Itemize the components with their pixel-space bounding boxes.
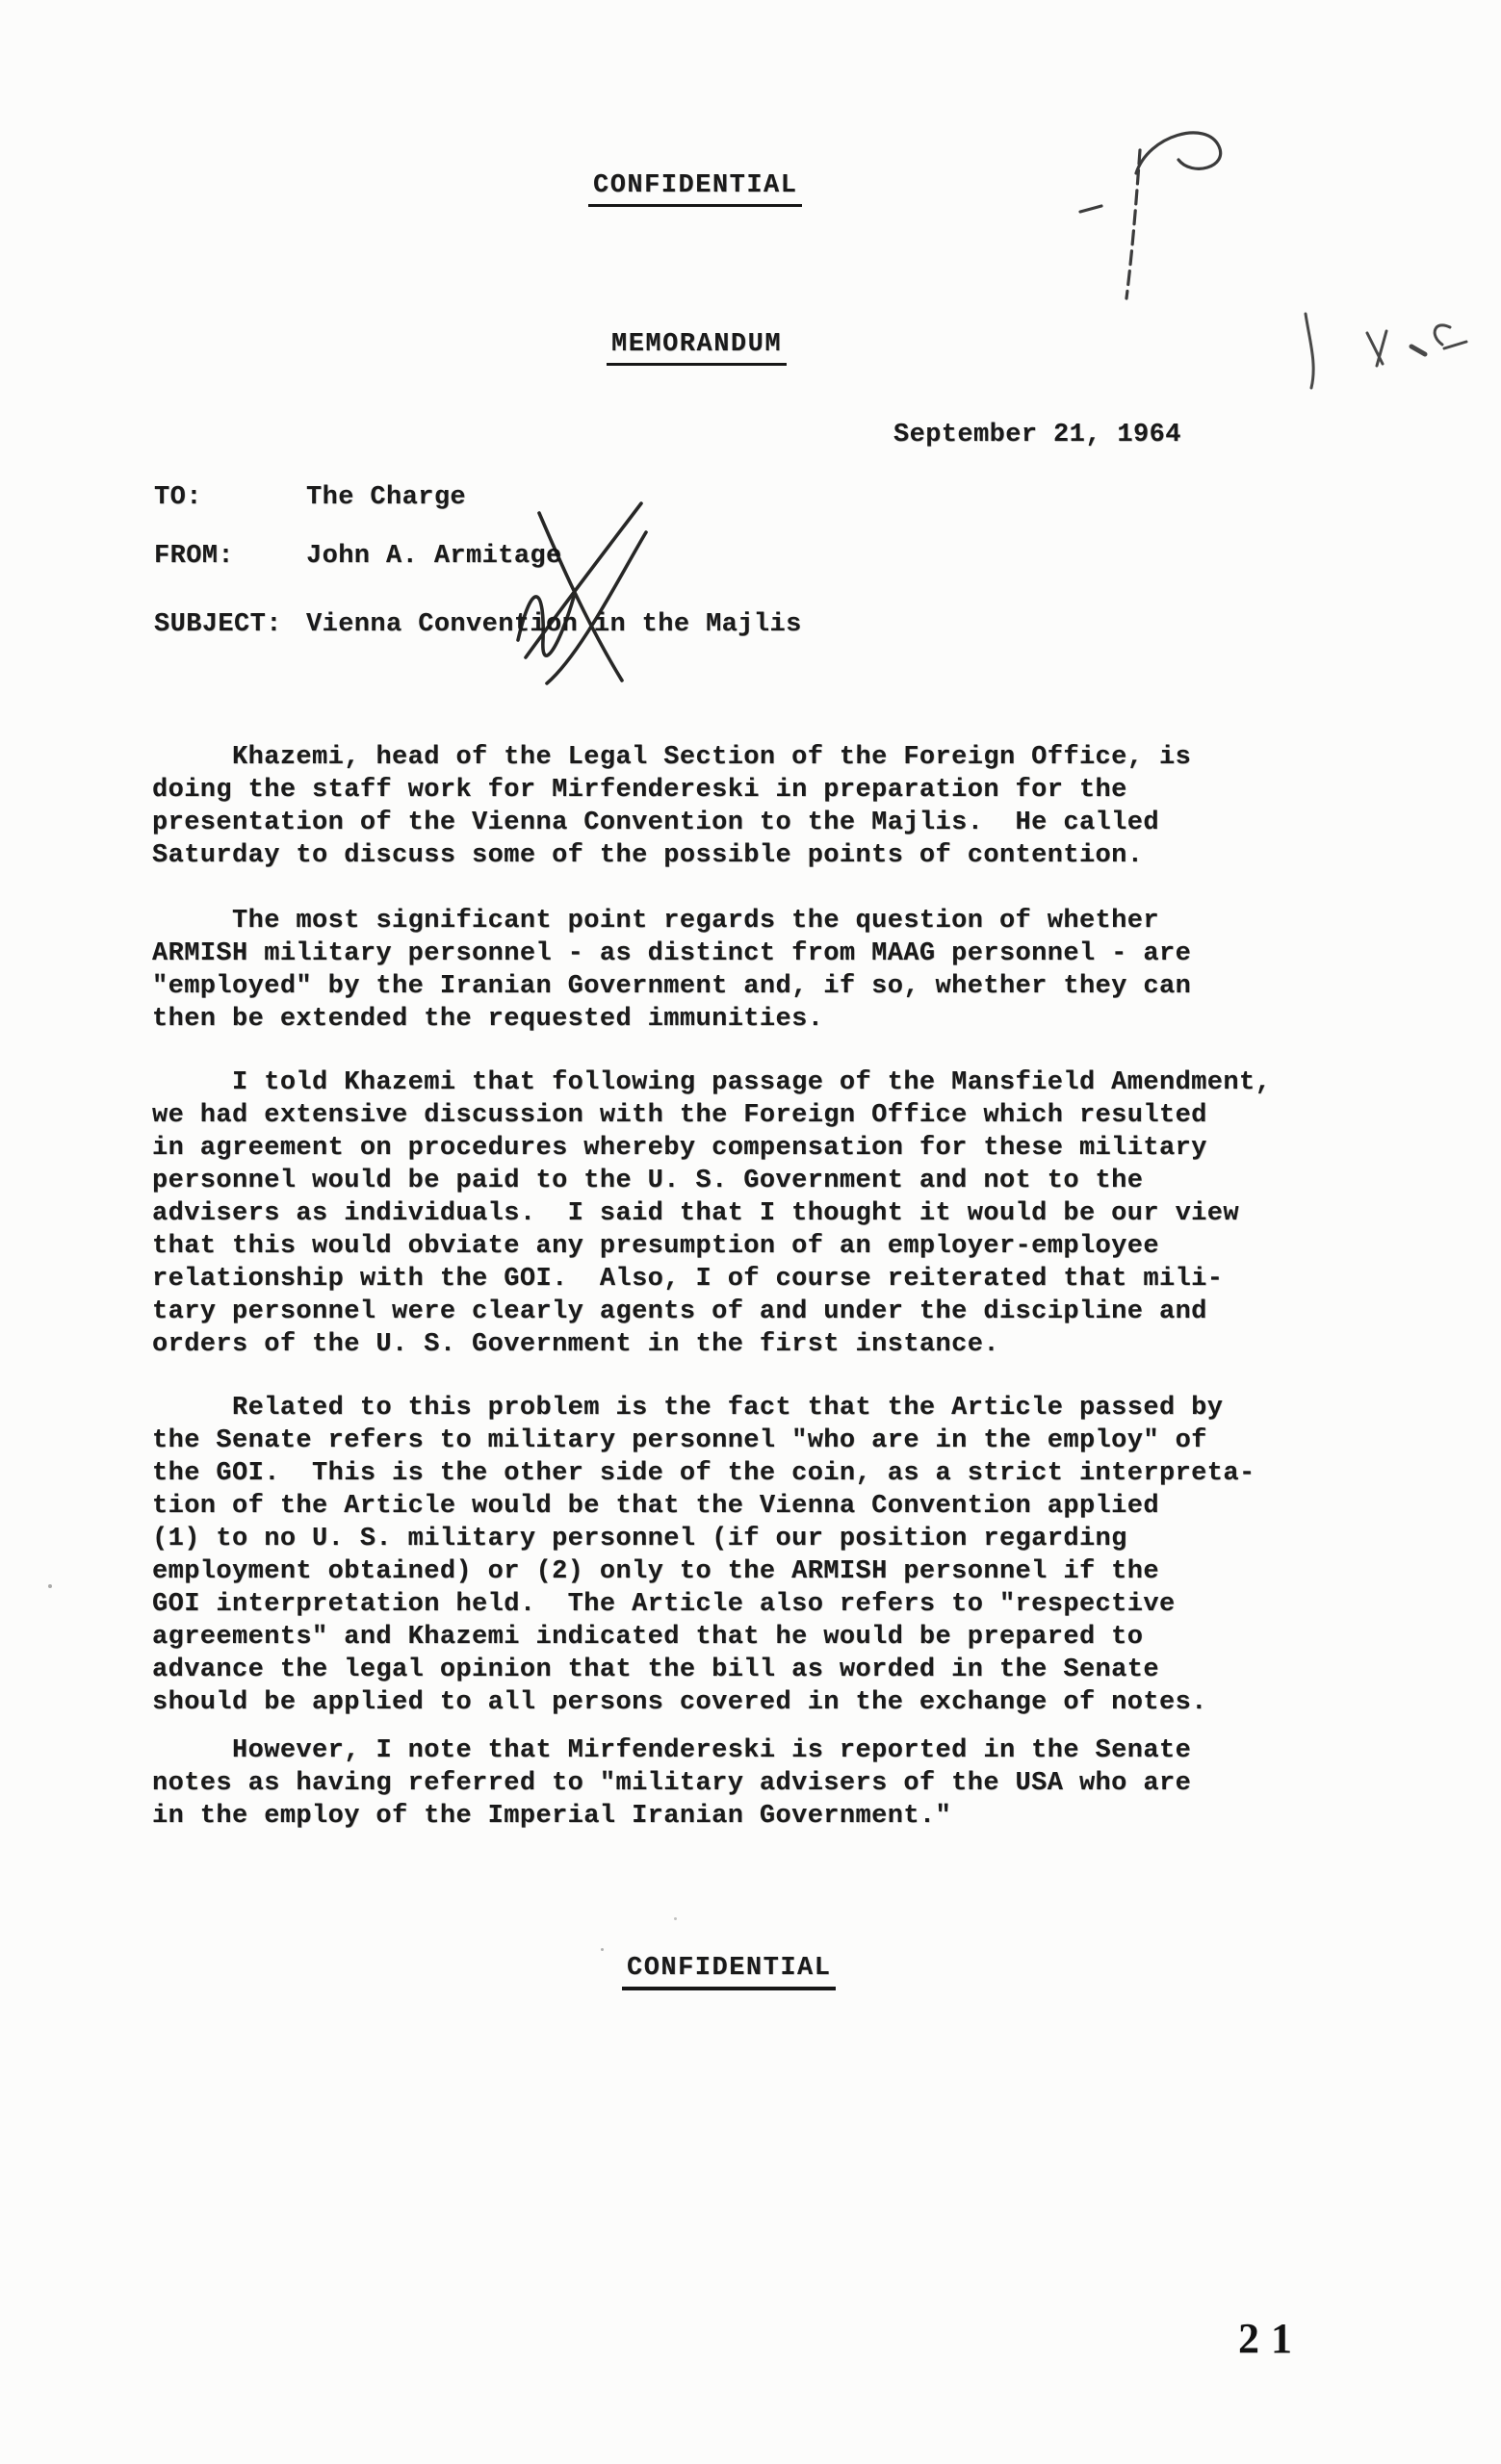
to-value: The Charge <box>306 483 466 512</box>
ink-speck <box>601 1948 604 1951</box>
page-number: 21 <box>1238 2314 1304 2363</box>
subject-label: SUBJECT: <box>154 610 282 639</box>
pen-scribble-icon <box>1076 117 1283 315</box>
body-paragraph-1: Khazemi, head of the Legal Section of th… <box>152 741 1327 872</box>
body-paragraph-2: The most significant point regards the q… <box>152 905 1327 1036</box>
to-label: TO: <box>154 483 202 512</box>
classification-header: CONFIDENTIAL <box>588 171 802 207</box>
signature-scribble-icon <box>489 496 667 688</box>
ink-speck <box>674 1917 677 1920</box>
ink-speck <box>48 1584 52 1588</box>
doc-type-title: MEMORANDUM <box>607 330 787 366</box>
memo-date: September 21, 1964 <box>893 421 1181 449</box>
body-paragraph-4: Related to this problem is the fact that… <box>152 1392 1327 1719</box>
memo-page: { "page": { "classification_top": "CONFI… <box>0 0 1501 2464</box>
body-paragraph-5: However, I note that Mirfendereski is re… <box>152 1734 1327 1833</box>
from-label: FROM: <box>154 542 234 571</box>
classification-footer: CONFIDENTIAL <box>622 1954 836 1990</box>
body-paragraph-3: I told Khazemi that following passage of… <box>152 1066 1327 1361</box>
subject-value: Vienna Convention in the Majlis <box>306 610 802 639</box>
pen-marks-icon <box>1288 306 1471 398</box>
